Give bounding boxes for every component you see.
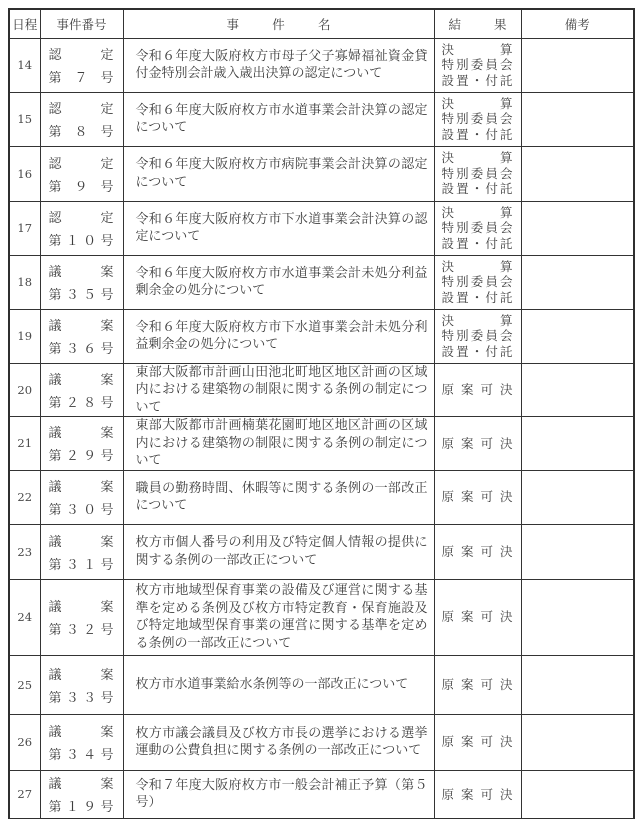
case-title: 枚方市水道事業給水条例等の一部改正について (136, 676, 428, 694)
case-type: 議案 (49, 315, 114, 334)
remarks-cell (521, 770, 634, 819)
agenda-results-table: 日程 事件番号 事件名 結果 備考 14 認定第７号 令和６年度大阪府枚方市母子… (8, 8, 635, 819)
result-cell: 決算特別委員会設置・付託 (434, 92, 521, 146)
case-number-cell: 議案第３５号 (40, 255, 123, 309)
result-line: 原案可決 (442, 609, 513, 625)
result-line: 設置・付託 (442, 127, 513, 143)
result-line: 特別委員会 (442, 220, 513, 236)
agenda-number: 15 (9, 92, 40, 146)
case-title: 令和６年度大阪府枚方市病院事業会計決算の認定について (136, 156, 428, 191)
case-number: 第３２号 (49, 619, 114, 638)
case-type: 議案 (49, 261, 114, 280)
case-name-cell: 枚方市個人番号の利用及び特定個人情報の提供に関する条例の一部改正について (123, 524, 434, 579)
case-type: 議案 (49, 369, 114, 388)
agenda-number: 26 (9, 714, 40, 770)
result-line: 特別委員会 (442, 328, 513, 344)
table-row: 27 議案第１９号 令和７年度大阪府枚方市一般会計補正予算（第５号） 原案可決 (9, 770, 634, 819)
case-number: 第１０号 (49, 230, 114, 249)
result-cell: 決算特別委員会設置・付託 (434, 255, 521, 309)
case-title: 令和６年度大阪府枚方市母子父子寡婦福祉資金貸付金特別会計歳入歳出決算の認定につい… (136, 48, 428, 83)
remarks-cell (521, 255, 634, 309)
case-type: 議案 (49, 596, 114, 615)
result-cell: 決算特別委員会設置・付託 (434, 146, 521, 201)
case-number-cell: 認定第７号 (40, 38, 123, 92)
case-name-cell: 職員の勤務時間、休暇等に関する条例の一部改正について (123, 470, 434, 524)
header-remarks: 備考 (521, 9, 634, 38)
result-cell: 決算特別委員会設置・付託 (434, 201, 521, 255)
case-number: 第２９号 (49, 445, 114, 464)
result-line: 原案可決 (442, 436, 513, 452)
agenda-number: 22 (9, 470, 40, 524)
table-row: 17 認定第１０号 令和６年度大阪府枚方市下水道事業会計決算の認定について 決算… (9, 201, 634, 255)
header-case-name-label: 事件名 (227, 15, 331, 33)
case-number-cell: 議案第１９号 (40, 770, 123, 819)
case-name-cell: 令和６年度大阪府枚方市下水道事業会計決算の認定について (123, 201, 434, 255)
result-cell: 原案可決 (434, 363, 521, 417)
header-result-label: 結果 (449, 15, 507, 33)
table-row: 21 議案第２９号 東部大阪都市計画楠葉花園町地区地区計画の区域内における建築物… (9, 417, 634, 471)
remarks-cell (521, 38, 634, 92)
table-row: 16 認定第９号 令和６年度大阪府枚方市病院事業会計決算の認定について 決算特別… (9, 146, 634, 201)
agenda-number: 24 (9, 579, 40, 655)
result-line: 決算 (442, 42, 513, 58)
agenda-number: 16 (9, 146, 40, 201)
case-title: 令和６年度大阪府枚方市水道事業会計決算の認定について (136, 102, 428, 137)
remarks-cell (521, 146, 634, 201)
result-cell: 決算特別委員会設置・付託 (434, 309, 521, 363)
case-name-cell: 東部大阪都市計画楠葉花園町地区地区計画の区域内における建築物の制限に関する条例の… (123, 417, 434, 471)
result-line: 設置・付託 (442, 73, 513, 89)
agenda-number: 19 (9, 309, 40, 363)
case-number-cell: 認定第８号 (40, 92, 123, 146)
case-type: 認定 (49, 98, 114, 117)
result-line: 特別委員会 (442, 57, 513, 73)
case-number: 第９号 (49, 176, 114, 195)
case-number-cell: 議案第３０号 (40, 470, 123, 524)
result-cell: 原案可決 (434, 770, 521, 819)
case-name-cell: 枚方市地域型保育事業の設備及び運営に関する基準を定める条例及び枚方市特定教育・保… (123, 579, 434, 655)
case-title: 東部大阪都市計画山田池北町地区地区計画の区域内における建築物の制限に関する条例の… (136, 364, 428, 417)
case-title: 枚方市地域型保育事業の設備及び運営に関する基準を定める条例及び枚方市特定教育・保… (136, 582, 428, 652)
remarks-cell (521, 714, 634, 770)
result-cell: 原案可決 (434, 417, 521, 471)
result-line: 特別委員会 (442, 166, 513, 182)
case-name-cell: 令和６年度大阪府枚方市下水道事業会計未処分利益剰余金の処分について (123, 309, 434, 363)
result-line: 原案可決 (442, 677, 513, 693)
case-number-cell: 議案第２９号 (40, 417, 123, 471)
case-number-cell: 議案第２８号 (40, 363, 123, 417)
result-line: 原案可決 (442, 544, 513, 560)
table-row: 14 認定第７号 令和６年度大阪府枚方市母子父子寡婦福祉資金貸付金特別会計歳入歳… (9, 38, 634, 92)
header-case-name: 事件名 (123, 9, 434, 38)
case-name-cell: 令和６年度大阪府枚方市水道事業会計未処分利益剰余金の処分について (123, 255, 434, 309)
agenda-number: 17 (9, 201, 40, 255)
result-line: 設置・付託 (442, 290, 513, 306)
agenda-number: 21 (9, 417, 40, 471)
table-row: 18 議案第３５号 令和６年度大阪府枚方市水道事業会計未処分利益剰余金の処分につ… (9, 255, 634, 309)
result-line: 原案可決 (442, 734, 513, 750)
case-type: 認定 (49, 207, 114, 226)
result-line: 決算 (442, 150, 513, 166)
case-type: 議案 (49, 773, 114, 792)
case-type: 認定 (49, 153, 114, 172)
case-number-cell: 議案第３４号 (40, 714, 123, 770)
agenda-number: 20 (9, 363, 40, 417)
case-number: 第３０号 (49, 499, 114, 518)
result-cell: 決算特別委員会設置・付託 (434, 38, 521, 92)
case-number: 第７号 (49, 67, 114, 86)
case-name-cell: 令和６年度大阪府枚方市母子父子寡婦福祉資金貸付金特別会計歳入歳出決算の認定につい… (123, 38, 434, 92)
header-case-number: 事件番号 (40, 9, 123, 38)
case-number-cell: 認定第９号 (40, 146, 123, 201)
remarks-cell (521, 417, 634, 471)
result-cell: 原案可決 (434, 470, 521, 524)
result-line: 原案可決 (442, 787, 513, 803)
case-name-cell: 東部大阪都市計画山田池北町地区地区計画の区域内における建築物の制限に関する条例の… (123, 363, 434, 417)
header-result: 結果 (434, 9, 521, 38)
remarks-cell (521, 201, 634, 255)
case-title: 令和６年度大阪府枚方市下水道事業会計未処分利益剰余金の処分について (136, 319, 428, 354)
case-title: 枚方市議会議員及び枚方市長の選挙における選挙運動の公費負担に関する条例の一部改正… (136, 725, 428, 760)
remarks-cell (521, 92, 634, 146)
remarks-cell (521, 579, 634, 655)
case-title: 東部大阪都市計画楠葉花園町地区地区計画の区域内における建築物の制限に関する条例の… (136, 417, 428, 470)
case-title: 令和７年度大阪府枚方市一般会計補正予算（第５号） (136, 777, 428, 812)
table-row: 20 議案第２８号 東部大阪都市計画山田池北町地区地区計画の区域内における建築物… (9, 363, 634, 417)
table-row: 24 議案第３２号 枚方市地域型保育事業の設備及び運営に関する基準を定める条例及… (9, 579, 634, 655)
table-row: 26 議案第３４号 枚方市議会議員及び枚方市長の選挙における選挙運動の公費負担に… (9, 714, 634, 770)
case-number: 第３４号 (49, 744, 114, 763)
case-type: 認定 (49, 44, 114, 63)
result-line: 設置・付託 (442, 181, 513, 197)
case-name-cell: 枚方市水道事業給水条例等の一部改正について (123, 655, 434, 714)
result-cell: 原案可決 (434, 579, 521, 655)
remarks-cell (521, 363, 634, 417)
result-line: 決算 (442, 96, 513, 112)
agenda-number: 25 (9, 655, 40, 714)
agenda-number: 14 (9, 38, 40, 92)
case-number: 第８号 (49, 121, 114, 140)
result-cell: 原案可決 (434, 524, 521, 579)
case-number: 第１９号 (49, 796, 114, 815)
remarks-cell (521, 524, 634, 579)
case-number-cell: 議案第３６号 (40, 309, 123, 363)
result-line: 原案可決 (442, 489, 513, 505)
case-type: 議案 (49, 721, 114, 740)
case-title: 令和６年度大阪府枚方市下水道事業会計決算の認定について (136, 211, 428, 246)
case-title: 令和６年度大阪府枚方市水道事業会計未処分利益剰余金の処分について (136, 265, 428, 300)
case-number: 第２８号 (49, 392, 114, 411)
agenda-number: 27 (9, 770, 40, 819)
document-page: 日程 事件番号 事件名 結果 備考 14 認定第７号 令和６年度大阪府枚方市母子… (0, 0, 644, 819)
case-type: 議案 (49, 422, 114, 441)
case-name-cell: 令和６年度大阪府枚方市病院事業会計決算の認定について (123, 146, 434, 201)
table-row: 15 認定第８号 令和６年度大阪府枚方市水道事業会計決算の認定について 決算特別… (9, 92, 634, 146)
agenda-number: 23 (9, 524, 40, 579)
result-cell: 原案可決 (434, 655, 521, 714)
case-name-cell: 令和６年度大阪府枚方市水道事業会計決算の認定について (123, 92, 434, 146)
table-row: 25 議案第３３号 枚方市水道事業給水条例等の一部改正について 原案可決 (9, 655, 634, 714)
case-title: 職員の勤務時間、休暇等に関する条例の一部改正について (136, 480, 428, 515)
table-header-row: 日程 事件番号 事件名 結果 備考 (9, 9, 634, 38)
table-row: 19 議案第３６号 令和６年度大阪府枚方市下水道事業会計未処分利益剰余金の処分に… (9, 309, 634, 363)
table-row: 23 議案第３１号 枚方市個人番号の利用及び特定個人情報の提供に関する条例の一部… (9, 524, 634, 579)
case-number: 第３１号 (49, 554, 114, 573)
agenda-number: 18 (9, 255, 40, 309)
result-line: 決算 (442, 205, 513, 221)
case-number-cell: 議案第３３号 (40, 655, 123, 714)
table-row: 22 議案第３０号 職員の勤務時間、休暇等に関する条例の一部改正について 原案可… (9, 470, 634, 524)
case-type: 議案 (49, 531, 114, 550)
result-line: 設置・付託 (442, 344, 513, 360)
remarks-cell (521, 470, 634, 524)
case-number: 第３５号 (49, 284, 114, 303)
remarks-cell (521, 655, 634, 714)
result-cell: 原案可決 (434, 714, 521, 770)
case-number: 第３６号 (49, 338, 114, 357)
case-number-cell: 議案第３１号 (40, 524, 123, 579)
result-line: 決算 (442, 313, 513, 329)
result-line: 決算 (442, 259, 513, 275)
case-number: 第３３号 (49, 687, 114, 706)
result-line: 特別委員会 (442, 274, 513, 290)
header-day: 日程 (9, 9, 40, 38)
result-line: 設置・付託 (442, 236, 513, 252)
case-type: 議案 (49, 664, 114, 683)
case-title: 枚方市個人番号の利用及び特定個人情報の提供に関する条例の一部改正について (136, 534, 428, 569)
remarks-cell (521, 309, 634, 363)
result-line: 特別委員会 (442, 111, 513, 127)
result-line: 原案可決 (442, 382, 513, 398)
case-number-cell: 議案第３２号 (40, 579, 123, 655)
case-type: 議案 (49, 476, 114, 495)
case-number-cell: 認定第１０号 (40, 201, 123, 255)
case-name-cell: 枚方市議会議員及び枚方市長の選挙における選挙運動の公費負担に関する条例の一部改正… (123, 714, 434, 770)
case-name-cell: 令和７年度大阪府枚方市一般会計補正予算（第５号） (123, 770, 434, 819)
